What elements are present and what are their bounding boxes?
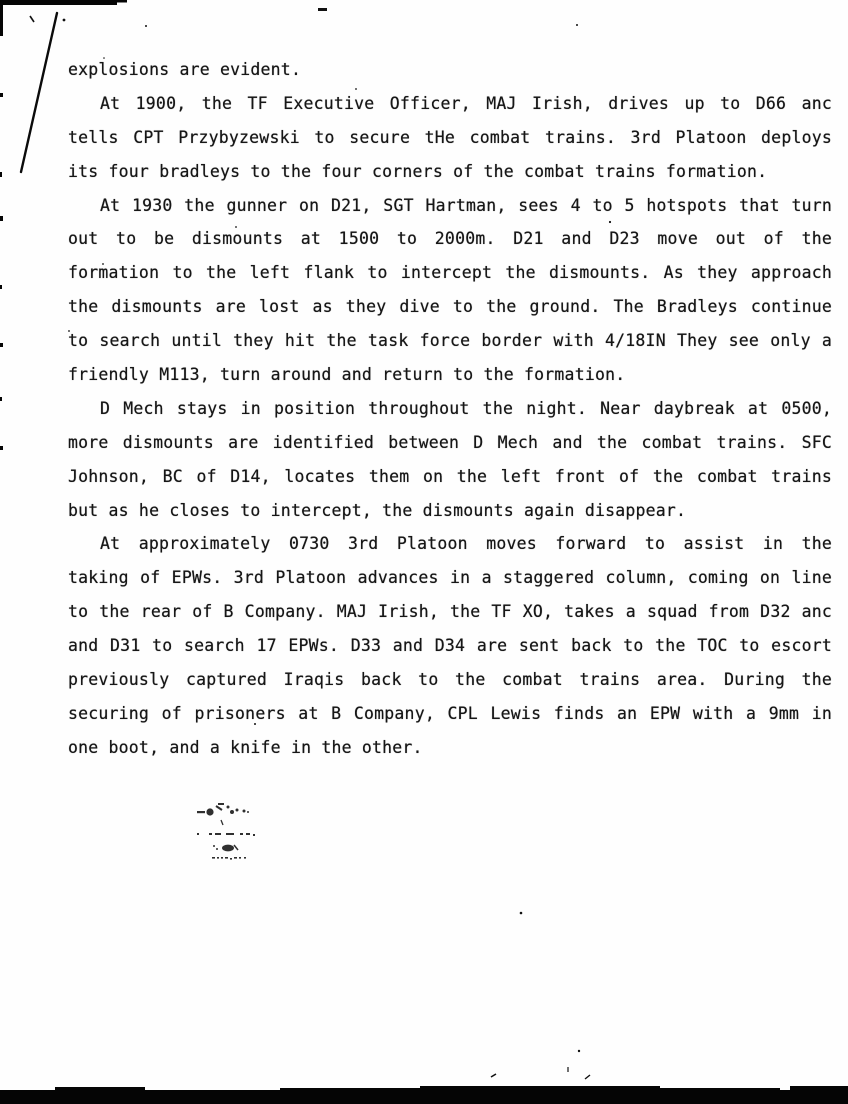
text-line: Johnson, BC of D14, locates them on the … — [68, 460, 832, 494]
text-line: and D31 to search 17 EPWs. D33 and D34 a… — [68, 629, 832, 663]
scan-diagonal-line — [21, 13, 57, 172]
text-line: At 1900, the TF Executive Officer, MAJ I… — [68, 87, 832, 121]
scanned-document-page: explosions are evident. At 1900, the TF … — [0, 0, 848, 1104]
text-line: securing of prisoners at B Company, CPL … — [68, 697, 832, 731]
text-line: more dismounts are identified between D … — [68, 426, 832, 460]
text-line: D Mech stays in position throughout the … — [68, 392, 832, 426]
text-line: its four bradleys to the four corners of… — [68, 155, 832, 189]
text-line: formation to the left flank to intercept… — [68, 256, 832, 290]
text-line: to the rear of B Company. MAJ Irish, the… — [68, 595, 832, 629]
text-line: friendly M113, turn around and return to… — [68, 358, 832, 392]
text-line: to search until they hit the task force … — [68, 324, 832, 358]
scan-edge-top-strip — [0, 0, 127, 36]
text-line: the dismounts are lost as they dive to t… — [68, 290, 832, 324]
text-line: At approximately 0730 3rd Platoon moves … — [68, 527, 832, 561]
text-line: explosions are evident. — [68, 53, 832, 87]
text-line: taking of EPWs. 3rd Platoon advances in … — [68, 561, 832, 595]
handwritten-smudge — [197, 803, 255, 860]
text-line: tells CPT Przybyzewski to secure tHe com… — [68, 121, 832, 155]
document-body: explosions are evident. At 1900, the TF … — [68, 53, 832, 765]
text-line: out to be dismounts at 1500 to 2000m. D2… — [68, 222, 832, 256]
scan-edge-left-ticks — [0, 93, 3, 450]
text-line: one boot, and a knife in the other. — [68, 731, 832, 765]
text-line: At 1930 the gunner on D21, SGT Hartman, … — [68, 189, 832, 223]
scan-edge-bottom-bar — [0, 1086, 848, 1104]
text-line: previously captured Iraqis back to the c… — [68, 663, 832, 697]
text-line: but as he closes to intercept, the dismo… — [68, 494, 832, 528]
